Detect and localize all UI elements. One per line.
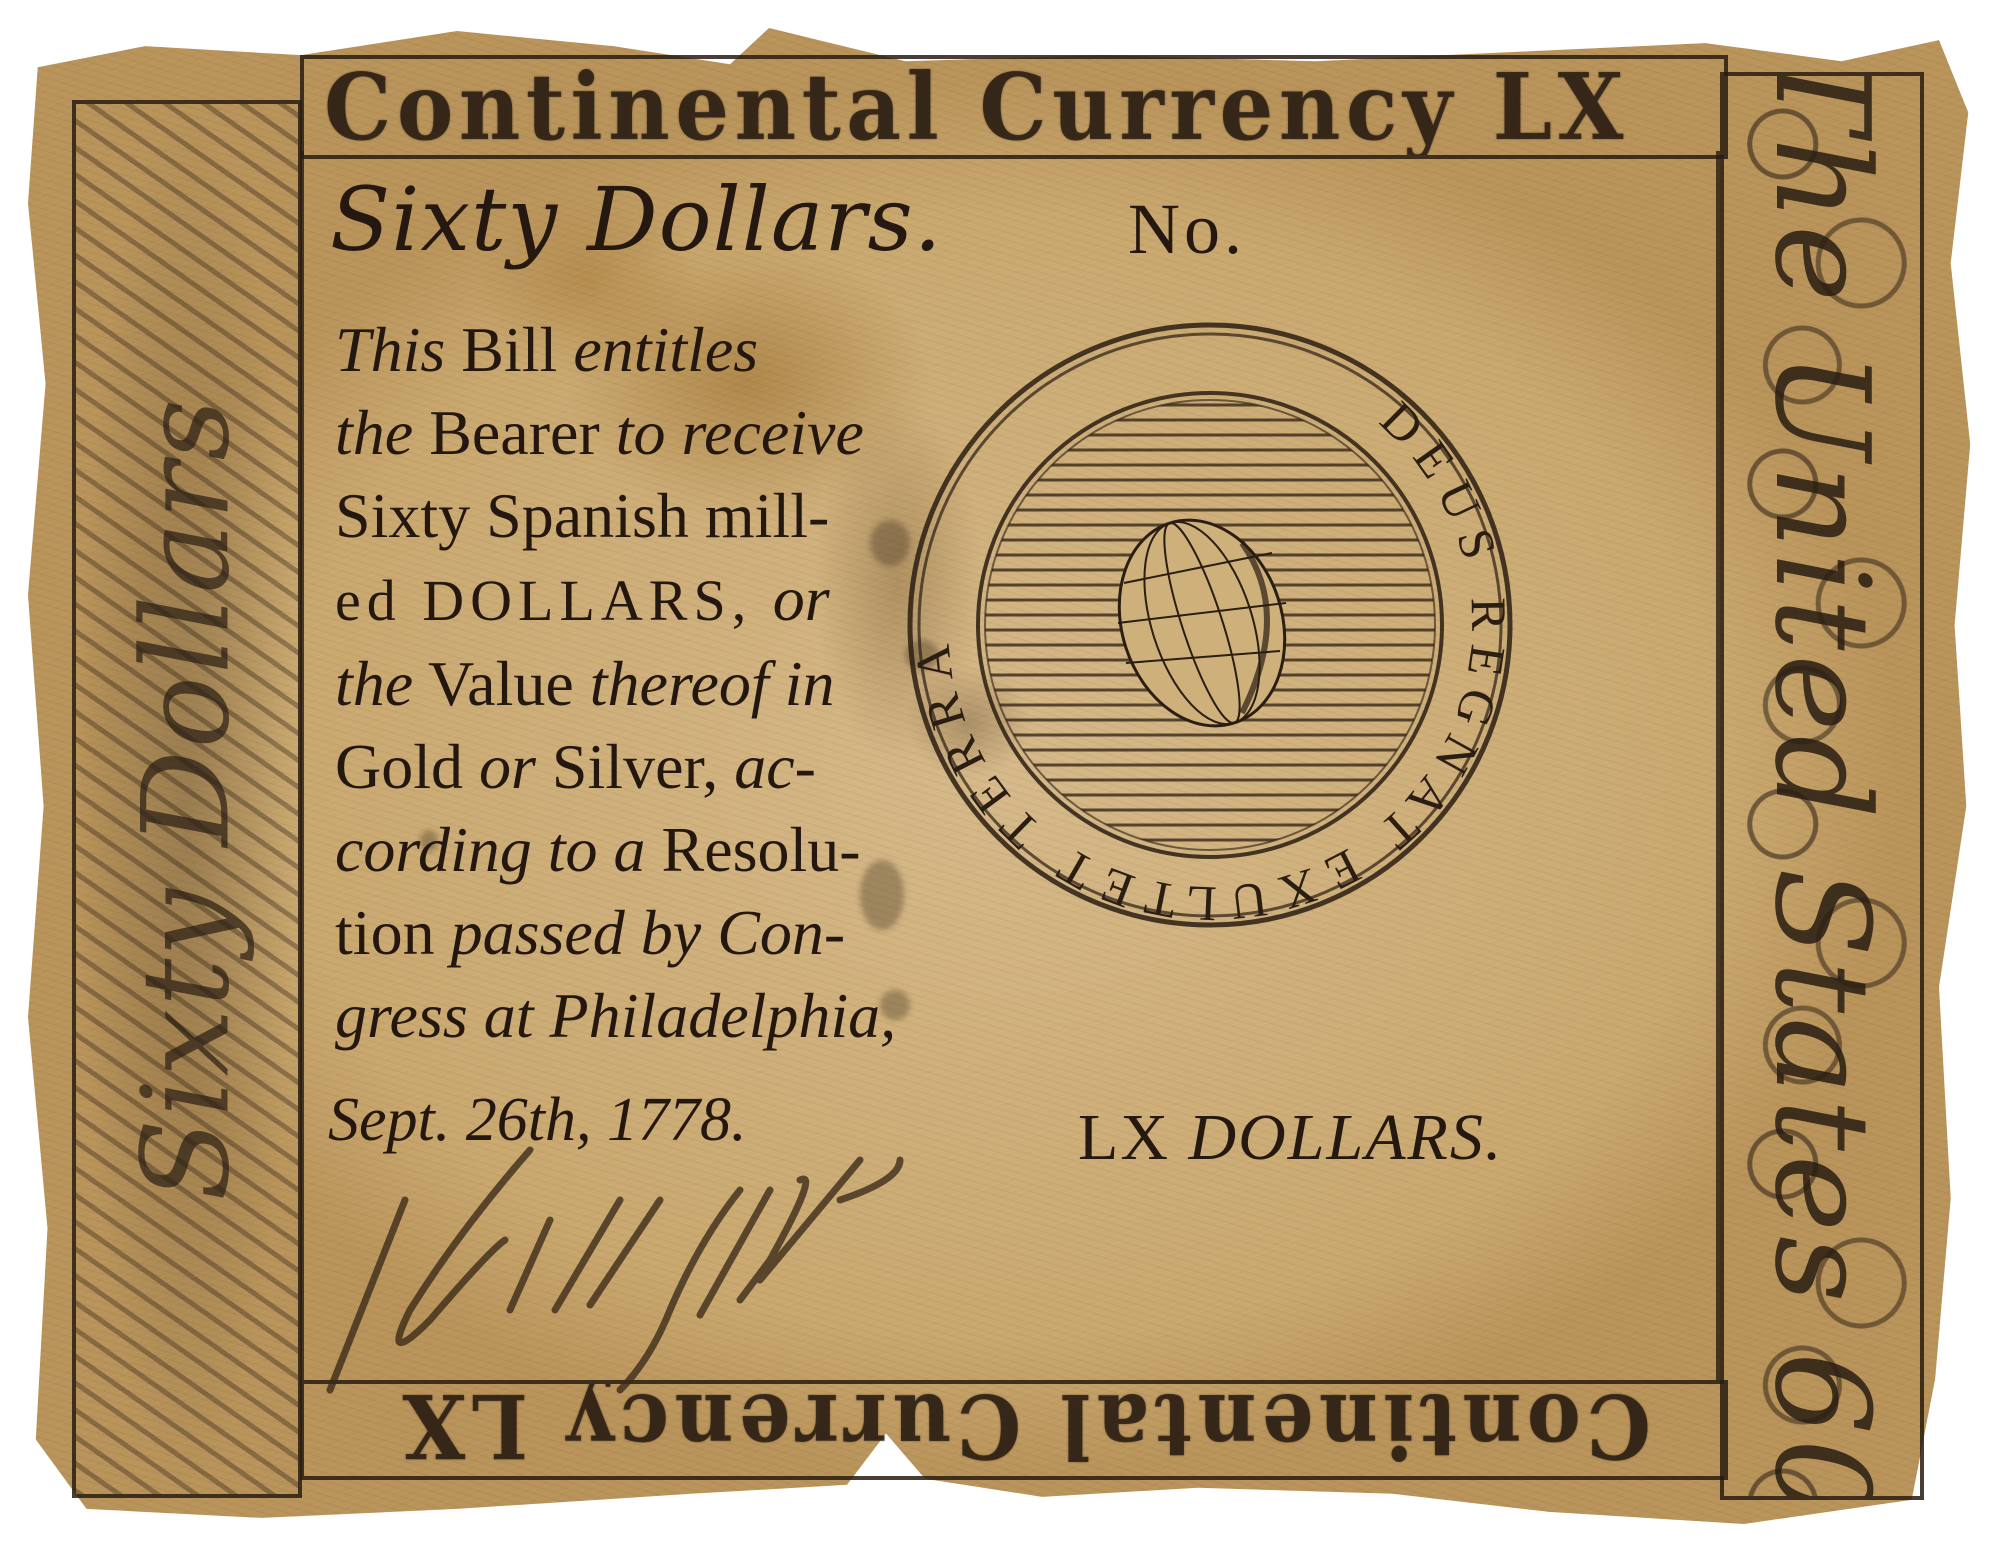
top-border: Continental Currency LX [300,55,1728,159]
serial-number-label: No. [1128,188,1246,271]
left-border-text: Sixty Dollars [118,397,257,1201]
body-line: ed DOLLARS, or [335,557,935,642]
body-line: cording to a Resolu- [335,808,935,891]
signature [300,1140,920,1400]
denomination: LX DOLLARS. [1078,1100,1503,1176]
right-border-text: The United States 60 [1746,72,1898,1500]
body-line: the Value thereof in [335,642,935,725]
seal: DEUS REGNAT EXULTET TERRA. [890,305,1530,945]
promise-text: This Bill entitles the Bearer to receive… [335,308,935,1057]
globe-icon [1093,498,1310,747]
top-border-text: Continental Currency LX [324,55,1629,159]
body-line: gress at Philadelphia, [335,974,935,1057]
body-line: This Bill entitles [335,308,935,391]
body-line: Sixty Spanish mill- [335,474,935,557]
left-border: Sixty Dollars [72,100,302,1498]
right-border: The United States 60 [1720,72,1924,1500]
banknote-image: Continental Currency LX Sixty Dollars Th… [0,0,2000,1550]
body-line: Gold or Silver, ac- [335,725,935,808]
body-line: tion passed by Con- [335,891,935,974]
body-line: the Bearer to receive [335,391,935,474]
note-title: Sixty Dollars. [330,168,943,271]
